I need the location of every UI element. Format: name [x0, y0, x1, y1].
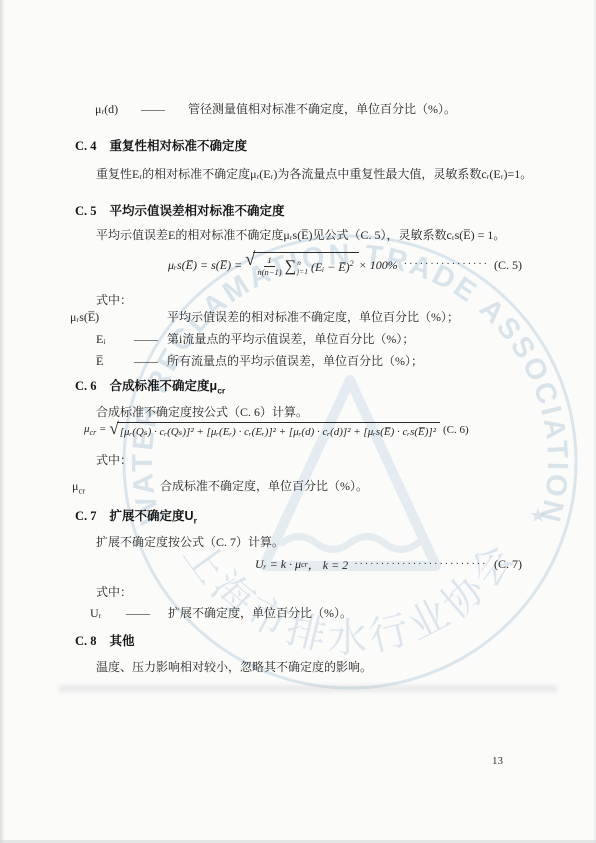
section-title: 重复性相对标准不确定度: [110, 139, 248, 153]
formula-c5-expression: μᵣs(E̅) = s(E̅) = √ 1 n(n−1) ∑ n j=1: [168, 252, 398, 277]
document-page: μᵣ(d) —— 管径测量值相对标准不确定度，单位百分比（%）。 C. 4重复性…: [0, 0, 596, 843]
formula-lhs: μcr =: [84, 423, 106, 437]
dash: ——: [126, 606, 168, 621]
where-label: 式中：: [96, 583, 132, 600]
fraction-denominator: n(n−1): [257, 267, 281, 278]
summand: (Eᵢ − E̅)2: [311, 259, 354, 275]
fraction-numerator: 1: [264, 255, 274, 267]
definition-row: E̅ —— 所有流量点的平均示值误差，单位百分比（%）；: [70, 352, 566, 369]
section-heading-c7: C. 7扩展不确定度Ur: [75, 506, 197, 526]
section-title: 扩展不确定度Ur: [110, 509, 197, 523]
square-root: √ 1 n(n−1) ∑ n j=1 (Eᵢ − E̅)2: [245, 252, 358, 277]
paragraph-c7: 扩展不确定度按公式（C. 7）计算。: [96, 534, 562, 551]
symbol-term: E̅: [70, 354, 134, 369]
radicand: 1 n(n−1) ∑ n j=1 (Eᵢ − E̅)2: [253, 252, 358, 277]
formula-c6-expression: μcr = √ [μᵣ(Qₛ) · cᵣ(Qₛ)]² + [μᵣ(Eᵣ) · c…: [84, 422, 440, 438]
fraction: 1 n(n−1): [257, 255, 281, 277]
page-number: 13: [492, 755, 503, 767]
formula-postfix: × 100%: [359, 258, 398, 273]
section-title: 其他: [110, 634, 135, 648]
subscript: cr: [78, 485, 85, 495]
dash: ——: [141, 102, 188, 117]
dot-leader: ········································…: [354, 560, 488, 570]
formula-lhs: μᵣs(E̅) = s(E̅) =: [168, 258, 242, 273]
section-title: 平均示值误差相对标准不确定度: [110, 204, 285, 218]
symbol-term: μᵣs(E̅): [70, 310, 134, 325]
paragraph-c5: 平均示值误差E的相对标准不确定度μᵣs(E̅)见公式（C. 5），灵敏系数cᵣs…: [96, 227, 562, 244]
symbol-term: μᵣ(d): [95, 102, 141, 117]
paragraph-c8: 温度、压力影响相对较小，忽略其不确定度的影响。: [96, 659, 562, 676]
definition-row: Uᵣ —— 扩展不确定度，单位百分比（%）。: [90, 604, 566, 621]
definition-row: μᵣs(E̅) 平均示值误差的相对标准不确定度，单位百分比（%）；: [70, 308, 566, 325]
section-heading-c8: C. 8其他: [75, 631, 135, 649]
symbol-term: Eᵢ: [70, 332, 134, 347]
definition-text: 扩展不确定度，单位百分比（%）。: [168, 604, 566, 621]
section-heading-c5: C. 5平均示值误差相对标准不确定度: [75, 201, 285, 219]
symbol-term: Uᵣ: [90, 606, 126, 621]
definition-row: μcr 合成标准不确定度，单位百分比（%）。: [72, 477, 566, 495]
formula-c6: μcr = √ [μᵣ(Qₛ) · cᵣ(Qₛ)]² + [μᵣ(Eᵣ) · c…: [84, 422, 582, 438]
definition-row: Eᵢ —— 第i流量点的平均示值误差，单位百分比（%）；: [70, 330, 566, 347]
section-heading-c6: C. 6合成标准不确定度μcr: [75, 376, 225, 396]
square-root: √ [μᵣ(Qₛ) · cᵣ(Qₛ)]² + [μᵣ(Eᵣ) · cᵣ(Eᵣ)]…: [109, 422, 440, 438]
definition-row: μᵣ(d) —— 管径测量值相对标准不确定度，单位百分比（%）。: [95, 100, 566, 117]
subscript: cr: [301, 560, 308, 569]
formula-c7: Uᵣ = k · μcr， k = 2 ····················…: [255, 556, 522, 573]
exponent: 2: [350, 259, 354, 268]
where-label: 式中：: [96, 291, 132, 308]
definition-text: 平均示值误差的相对标准不确定度，单位百分比（%）；: [167, 308, 566, 325]
section-number: C. 6: [75, 379, 97, 393]
section-number: C. 5: [75, 204, 97, 218]
section-number: C. 4: [75, 139, 97, 153]
equation-label: (C. 5): [494, 258, 522, 273]
title-subscript: r: [194, 516, 197, 526]
formula-c7-expression: Uᵣ = k · μcr， k = 2: [255, 556, 348, 573]
section-heading-c4: C. 4重复性相对标准不确定度: [75, 136, 247, 154]
paragraph-c6: 合成标准不确定度按公式（C. 6）计算。: [96, 404, 562, 421]
where-label: 式中：: [96, 451, 132, 468]
summation: ∑ n j=1: [285, 258, 308, 276]
title-subscript: cr: [217, 386, 225, 396]
dot-leader: ·······································: [404, 260, 488, 270]
section-number: C. 7: [75, 509, 97, 523]
paragraph-c4: 重复性Eᵣ的相对标准不确定度μᵣ(Eᵣ)为各流量点中重复性最大值，灵敏系数cᵣ(…: [96, 166, 562, 183]
equation-label: (C. 7): [494, 557, 522, 572]
symbol-term: μcr: [72, 479, 160, 495]
sigma-lower-limit: j=1: [297, 267, 308, 276]
definition-text: 合成标准不确定度，单位百分比（%）。: [160, 477, 566, 494]
sigma-icon: ∑: [285, 258, 297, 274]
definition-text: 管径测量值相对标准不确定度，单位百分比（%）。: [188, 100, 566, 117]
dash: ——: [134, 354, 167, 369]
section-title: 合成标准不确定度μcr: [110, 379, 226, 393]
definition-text: 所有流量点的平均示值误差，单位百分比（%）；: [167, 352, 566, 369]
equation-label: (C. 6): [443, 424, 469, 436]
radicand: [μᵣ(Qₛ) · cᵣ(Qₛ)]² + [μᵣ(Eᵣ) · cᵣ(Eᵣ)]² …: [117, 422, 440, 438]
definition-text: 第i流量点的平均示值误差，单位百分比（%）；: [167, 330, 566, 347]
formula-c5: μᵣs(E̅) = s(E̅) = √ 1 n(n−1) ∑ n j=1: [168, 246, 522, 284]
dash: ——: [134, 332, 167, 347]
section-number: C. 8: [75, 634, 97, 648]
sigma-upper-limit: n: [297, 258, 301, 267]
scan-edge-left: [0, 0, 5, 843]
